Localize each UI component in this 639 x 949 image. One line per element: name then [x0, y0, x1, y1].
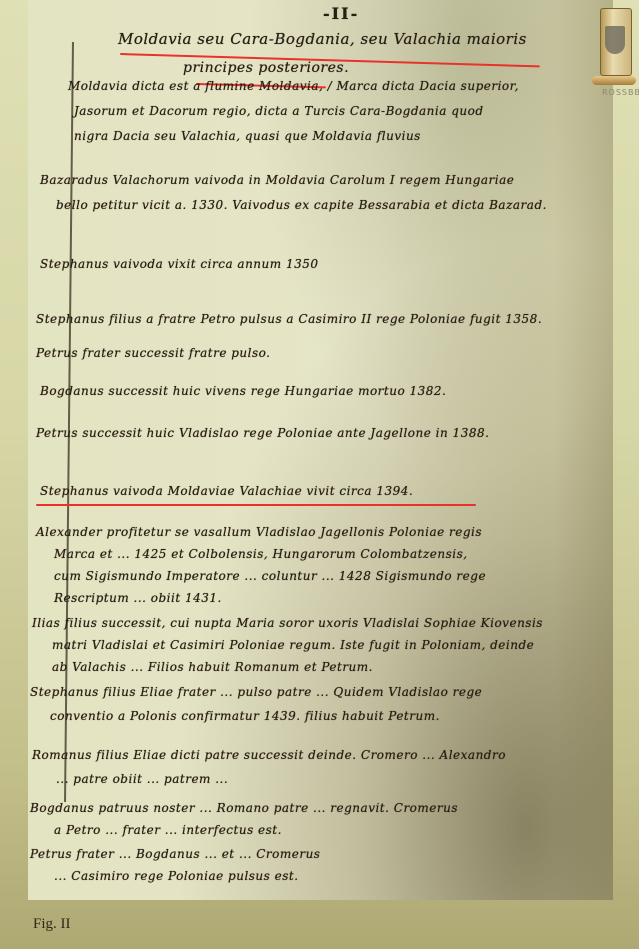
entry-romanus: Romanus filius Eliae dicti patre success… — [32, 743, 506, 791]
entry-stephanus-1358: Stephanus filius a fratre Petro pulsus a… — [36, 307, 542, 332]
entry-alexander: Alexander profitetur se vasallum Vladisl… — [36, 521, 486, 609]
entry-line: Ilias filius successit, cui nupta Maria … — [32, 612, 543, 634]
entry-petrus-last: Petrus frater ... Bogdanus ... et ... Cr… — [30, 843, 320, 887]
entry-line: bello petitur vicit a. 1330. Vaivodus ex… — [40, 193, 547, 218]
crest-icon — [605, 26, 625, 54]
scroll-roll-icon — [592, 76, 636, 85]
entry-line: Bogdanus patruus noster ... Romano patre… — [30, 797, 458, 819]
entry-line: nigra Dacia seu Valachia, quasi que Mold… — [68, 124, 519, 149]
entry-stephanus-1439: Stephanus filius Eliae frater ... pulso … — [30, 680, 482, 728]
entry-line: Bogdanus successit huic vivens rege Hung… — [40, 379, 446, 404]
entry-line: cum Sigismundo Imperatore ... coluntur .… — [36, 565, 486, 587]
entry-bazaradus: Bazaradus Valachorum vaivoda in Moldavia… — [40, 168, 547, 218]
scroll-crest-logo-icon: ROSSBB — [592, 2, 638, 102]
red-underline-entry — [36, 504, 476, 506]
entry-line: conventio a Polonis confirmatur 1439. fi… — [30, 704, 482, 728]
entry-line: Stephanus vaivoda Moldaviae Valachiae vi… — [40, 479, 413, 504]
manuscript-page: -II- Moldavia seu Cara-Bogdania, seu Val… — [28, 0, 613, 900]
entry-petrus-1388: Petrus successit huic Vladislao rege Pol… — [36, 421, 489, 446]
page-numeral: -II- — [323, 4, 359, 23]
entry-line: Bazaradus Valachorum vaivoda in Moldavia… — [40, 168, 547, 193]
watermark-text: ROSSBB — [602, 88, 639, 97]
entry-bogdanus-1382: Bogdanus successit huic vivens rege Hung… — [40, 379, 446, 404]
entry-line: a Petro ... frater ... interfectus est. — [30, 819, 458, 841]
entry-line: Marca et ... 1425 et Colbolensis, Hungar… — [36, 543, 486, 565]
entry-line: ab Valachis ... Filios habuit Romanum et… — [32, 656, 543, 678]
entry-line: Petrus frater ... Bogdanus ... et ... Cr… — [30, 843, 320, 865]
entry-line: ... patre obiit ... patrem ... — [32, 767, 506, 791]
entry-moldavia: Moldavia dicta est a flumine Moldavia, /… — [68, 74, 519, 149]
entry-line: Petrus successit huic Vladislao rege Pol… — [36, 421, 489, 446]
entry-line: Stephanus filius a fratre Petro pulsus a… — [36, 307, 542, 332]
title-line-1: Moldavia seu Cara-Bogdania, seu Valachia… — [118, 30, 527, 48]
entry-line: Moldavia dicta est a flumine Moldavia, /… — [68, 74, 519, 99]
entry-ilias: Ilias filius successit, cui nupta Maria … — [32, 612, 543, 678]
entry-line: Jasorum et Dacorum regio, dicta a Turcis… — [68, 99, 519, 124]
entry-line: Romanus filius Eliae dicti patre success… — [32, 743, 506, 767]
entry-line: Stephanus filius Eliae frater ... pulso … — [30, 680, 482, 704]
entry-line: Alexander profitetur se vasallum Vladisl… — [36, 521, 486, 543]
entry-line: Stephanus vaivoda vixit circa annum 1350 — [40, 252, 318, 277]
entry-stephanus-1350: Stephanus vaivoda vixit circa annum 1350 — [40, 252, 318, 277]
figure-caption: Fig. II — [33, 916, 71, 933]
entry-line: Petrus frater successit fratre pulso. — [36, 341, 270, 366]
entry-petrus: Petrus frater successit fratre pulso. — [36, 341, 270, 366]
entry-line: matri Vladislai et Casimiri Poloniae reg… — [32, 634, 543, 656]
entry-line: Rescriptum ... obiit 1431. — [36, 587, 486, 609]
entry-line: ... Casimiro rege Poloniae pulsus est. — [30, 865, 320, 887]
entry-bogdanus: Bogdanus patruus noster ... Romano patre… — [30, 797, 458, 841]
entry-stephanus-1394: Stephanus vaivoda Moldaviae Valachiae vi… — [40, 479, 413, 504]
